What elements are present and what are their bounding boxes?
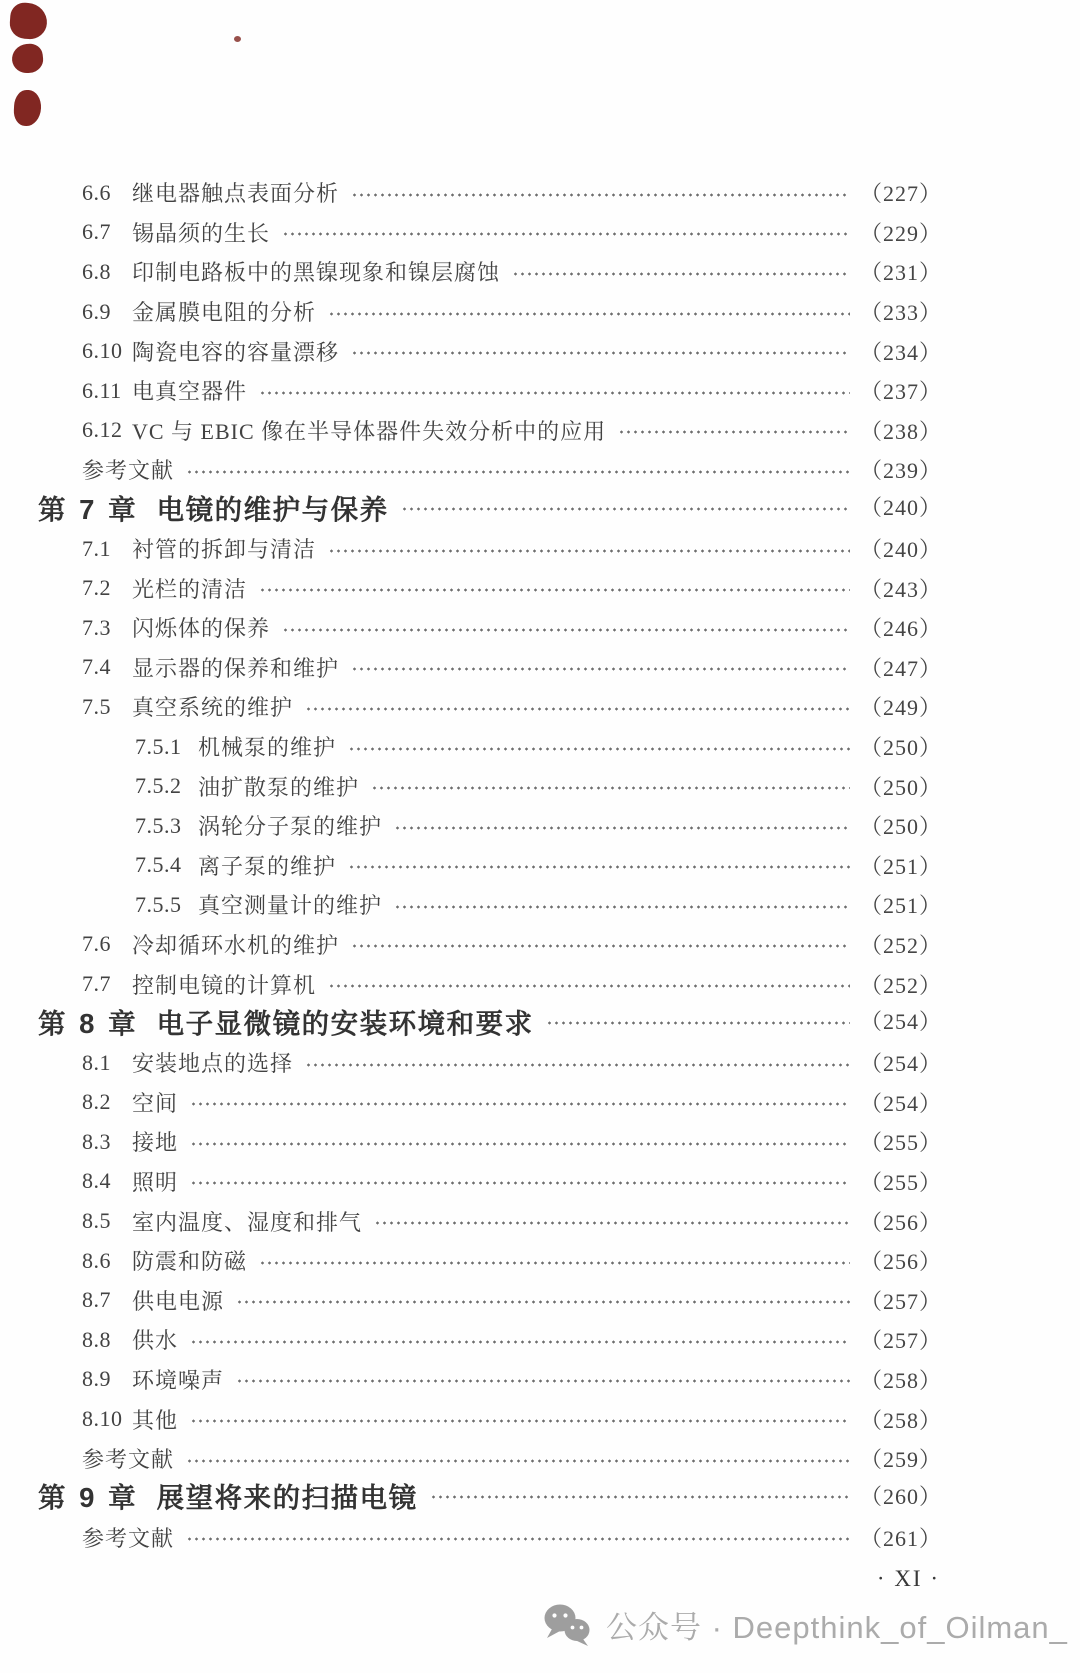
entry-number: 第 8 章	[38, 1001, 139, 1041]
dot-leader	[351, 943, 850, 949]
toc-row: 7.3 闪烁体的保养 （246）	[82, 608, 942, 648]
dot-leader	[259, 1260, 850, 1266]
entry-page-number: （227）	[860, 177, 942, 208]
entry-page-number: （231）	[860, 256, 942, 287]
entry-page-number: （251）	[860, 850, 942, 881]
dot-leader	[236, 1299, 850, 1305]
toc-row: 7.5.1 机械泵的维护 （250）	[82, 727, 942, 767]
entry-title: 电真空器件	[132, 375, 247, 406]
entry-title: 印制电路板中的黑镍现象和镍层腐蚀	[132, 256, 500, 287]
dot-leader	[512, 271, 850, 277]
toc-row: 7.5 真空系统的维护 （249）	[82, 687, 942, 727]
toc-row: 8.5 室内温度、湿度和排气 （256）	[82, 1201, 942, 1241]
entry-page-number: （249）	[860, 691, 942, 722]
entry-number: 7.5.2	[135, 773, 187, 799]
dot-leader	[190, 1101, 850, 1107]
dot-leader	[546, 1020, 850, 1026]
dot-leader	[259, 390, 850, 396]
entry-number: 8.2	[82, 1089, 130, 1115]
dot-leader	[618, 429, 850, 435]
dot-leader	[394, 904, 850, 910]
entry-page-number: （254）	[860, 1005, 942, 1036]
entry-title: 空间	[132, 1087, 178, 1118]
toc-row: 7.5.5 真空测量计的维护 （251）	[82, 885, 942, 925]
toc-chapter-row: 第 9 章 展望将来的扫描电镜 （260）	[38, 1473, 942, 1517]
table-of-contents: 6.6 继电器触点表面分析 （227） 6.7 锡晶须的生长 （229） 6.8…	[82, 173, 942, 1557]
entry-page-number: （254）	[860, 1047, 942, 1078]
toc-row: 7.5.3 涡轮分子泵的维护 （250）	[82, 806, 942, 846]
entry-title: 其他	[132, 1404, 178, 1435]
toc-row: 8.4 照明 （255）	[82, 1162, 942, 1202]
entry-number: 8.7	[82, 1287, 130, 1313]
entry-title: 衬管的拆卸与清洁	[132, 533, 316, 564]
toc-row: 6.10 陶瓷电容的容量漂移 （234）	[82, 331, 942, 371]
dot-leader	[430, 1494, 850, 1500]
entry-title: 参考文献	[82, 454, 174, 485]
entry-title: 油扩散泵的维护	[198, 771, 359, 802]
dot-leader	[351, 192, 850, 198]
entry-title: 参考文献	[82, 1522, 174, 1553]
dot-leader	[401, 506, 850, 512]
watermark-text: 公众号 · Deepthink_of_Oilman_	[606, 1602, 1068, 1647]
toc-row: 6.8 印制电路板中的黑镍现象和镍层腐蚀 （231）	[82, 252, 942, 292]
entry-number: 7.3	[82, 615, 130, 641]
dot-leader	[328, 548, 850, 554]
entry-page-number: （261）	[860, 1522, 942, 1553]
dot-leader	[351, 666, 850, 672]
entry-page-number: （252）	[860, 969, 942, 1000]
toc-row: 8.9 环境噪声 （258）	[82, 1360, 942, 1400]
entry-number: 7.6	[82, 931, 130, 957]
entry-number: 7.5.4	[135, 852, 187, 878]
entry-number: 6.6	[82, 180, 130, 206]
entry-page-number: （237）	[860, 375, 942, 406]
dot-leader	[190, 1418, 850, 1424]
toc-row: 7.1 衬管的拆卸与清洁 （240）	[82, 529, 942, 569]
entry-title: 真空系统的维护	[132, 691, 293, 722]
entry-page-number: （240）	[860, 533, 942, 564]
entry-title: 陶瓷电容的容量漂移	[132, 336, 339, 367]
entry-title: 接地	[132, 1126, 178, 1157]
toc-row: 6.12 VC 与 EBIC 像在半导体器件失效分析中的应用 （238）	[82, 411, 942, 451]
entry-page-number: （260）	[860, 1480, 942, 1511]
entry-page-number: （252）	[860, 929, 942, 960]
entry-number: 6.9	[82, 299, 130, 325]
entry-title: 供电电源	[132, 1285, 224, 1316]
toc-row: 6.7 锡晶须的生长 （229）	[82, 213, 942, 253]
dot-leader	[190, 1339, 850, 1345]
entry-number: 7.1	[82, 536, 130, 562]
entry-title: 供水	[132, 1324, 178, 1355]
entry-page-number: （238）	[860, 415, 942, 446]
toc-row: 8.10 其他 （258）	[82, 1399, 942, 1439]
entry-title: 防震和防磁	[132, 1245, 247, 1276]
entry-number: 第 9 章	[38, 1475, 139, 1515]
entry-page-number: （240）	[860, 491, 942, 522]
dot-leader	[348, 746, 850, 752]
dot-leader	[190, 1141, 850, 1147]
entry-title: 金属膜电阻的分析	[132, 296, 316, 327]
entry-page-number: （251）	[860, 889, 942, 920]
entry-number: 8.4	[82, 1168, 130, 1194]
entry-number: 7.7	[82, 971, 130, 997]
entry-number: 第 7 章	[38, 487, 139, 527]
entry-page-number: （233）	[860, 296, 942, 327]
entry-number: 8.5	[82, 1208, 130, 1234]
entry-title: 电镜的维护与保养	[157, 487, 389, 527]
dot-leader	[305, 1062, 850, 1068]
toc-row: 8.1 安装地点的选择 （254）	[82, 1043, 942, 1083]
entry-number: 7.5.5	[135, 892, 187, 918]
entry-title: 光栏的清洁	[132, 573, 247, 604]
entry-page-number: （234）	[860, 336, 942, 367]
entry-number: 6.10	[82, 338, 130, 364]
scan-artifact-red-mark	[13, 89, 42, 126]
dot-leader	[186, 469, 850, 475]
entry-title: 离子泵的维护	[198, 850, 336, 881]
entry-page-number: （255）	[860, 1166, 942, 1197]
entry-page-number: （229）	[860, 217, 942, 248]
entry-page-number: （246）	[860, 612, 942, 643]
entry-number: 7.2	[82, 575, 130, 601]
entry-page-number: （256）	[860, 1245, 942, 1276]
entry-number: 6.7	[82, 219, 130, 245]
toc-row: 8.6 防震和防磁 （256）	[82, 1241, 942, 1281]
entry-title: 机械泵的维护	[198, 731, 336, 762]
dot-leader	[328, 311, 850, 317]
entry-title: 环境噪声	[132, 1364, 224, 1395]
entry-page-number: （250）	[860, 771, 942, 802]
entry-number: 6.11	[82, 378, 130, 404]
toc-row: 8.8 供水 （257）	[82, 1320, 942, 1360]
toc-row: 7.5.4 离子泵的维护 （251）	[82, 846, 942, 886]
entry-title: 安装地点的选择	[132, 1047, 293, 1078]
entry-number: 7.4	[82, 654, 130, 680]
entry-page-number: （256）	[860, 1206, 942, 1237]
entry-title: 真空测量计的维护	[198, 889, 382, 920]
entry-page-number: （255）	[860, 1126, 942, 1157]
watermark: 公众号 · Deepthink_of_Oilman_	[543, 1602, 1068, 1647]
dot-leader	[328, 983, 850, 989]
entry-number: 6.12	[82, 417, 130, 443]
toc-row: 7.2 光栏的清洁 （243）	[82, 568, 942, 608]
entry-title: 涡轮分子泵的维护	[198, 810, 382, 841]
dot-leader	[190, 1180, 850, 1186]
entry-title: 冷却循环水机的维护	[132, 929, 339, 960]
entry-title: 展望将来的扫描电镜	[157, 1475, 418, 1515]
entry-page-number: （239）	[860, 454, 942, 485]
dot-leader	[186, 1536, 850, 1542]
toc-row: 8.7 供电电源 （257）	[82, 1280, 942, 1320]
entry-number: 6.8	[82, 259, 130, 285]
entry-title: 继电器触点表面分析	[132, 177, 339, 208]
toc-row: 7.6 冷却循环水机的维护 （252）	[82, 925, 942, 965]
page-number-footer: · XI ·	[877, 1566, 940, 1592]
entry-page-number: （257）	[860, 1285, 942, 1316]
entry-number: 7.5.3	[135, 813, 187, 839]
entry-title: 参考文献	[82, 1443, 174, 1474]
entry-page-number: （247）	[860, 652, 942, 683]
toc-row: 6.6 继电器触点表面分析 （227）	[82, 173, 942, 213]
dot-leader	[351, 350, 850, 356]
entry-number: 8.3	[82, 1129, 130, 1155]
entry-number: 8.8	[82, 1327, 130, 1353]
dot-leader	[236, 1378, 850, 1384]
entry-title: 闪烁体的保养	[132, 612, 270, 643]
entry-number: 8.1	[82, 1050, 130, 1076]
dot-leader	[374, 1220, 850, 1226]
entry-page-number: （243）	[860, 573, 942, 604]
entry-page-number: （257）	[860, 1324, 942, 1355]
toc-row: 参考文献 （261）	[82, 1517, 942, 1557]
entry-page-number: （258）	[860, 1404, 942, 1435]
toc-chapter-row: 第 8 章 电子显微镜的安装环境和要求 （254）	[38, 999, 942, 1043]
entry-title: 电子显微镜的安装环境和要求	[157, 1001, 534, 1041]
entry-title: 照明	[132, 1166, 178, 1197]
scan-artifact-red-mark	[9, 2, 48, 40]
entry-page-number: （259）	[860, 1443, 942, 1474]
dot-leader	[259, 587, 850, 593]
toc-row: 6.11 电真空器件 （237）	[82, 371, 942, 411]
dot-leader	[305, 706, 850, 712]
dot-leader	[282, 231, 850, 237]
entry-page-number: （250）	[860, 810, 942, 841]
scan-artifact-red-speck	[234, 36, 241, 42]
dot-leader	[186, 1458, 850, 1464]
entry-number: 7.5.1	[135, 734, 187, 760]
wechat-icon	[543, 1603, 592, 1646]
entry-title: 控制电镜的计算机	[132, 969, 316, 1000]
toc-row: 8.3 接地 （255）	[82, 1122, 942, 1162]
scan-artifact-red-mark	[11, 42, 45, 74]
entry-title: 显示器的保养和维护	[132, 652, 339, 683]
toc-row: 7.5.2 油扩散泵的维护 （250）	[82, 766, 942, 806]
entry-title: 室内温度、湿度和排气	[132, 1206, 362, 1237]
toc-row: 7.4 显示器的保养和维护 （247）	[82, 648, 942, 688]
entry-number: 8.10	[82, 1406, 130, 1432]
entry-number: 7.5	[82, 694, 130, 720]
entry-page-number: （258）	[860, 1364, 942, 1395]
entry-page-number: （254）	[860, 1087, 942, 1118]
entry-page-number: （250）	[860, 731, 942, 762]
toc-row: 6.9 金属膜电阻的分析 （233）	[82, 292, 942, 332]
dot-leader	[282, 627, 850, 633]
dot-leader	[394, 825, 850, 831]
toc-row: 8.2 空间 （254）	[82, 1082, 942, 1122]
entry-number: 8.9	[82, 1366, 130, 1392]
entry-number: 8.6	[82, 1248, 130, 1274]
entry-title: 锡晶须的生长	[132, 217, 270, 248]
entry-title: VC 与 EBIC 像在半导体器件失效分析中的应用	[132, 415, 606, 446]
dot-leader	[371, 785, 850, 791]
dot-leader	[348, 864, 850, 870]
toc-chapter-row: 第 7 章 电镜的维护与保养 （240）	[38, 485, 942, 529]
